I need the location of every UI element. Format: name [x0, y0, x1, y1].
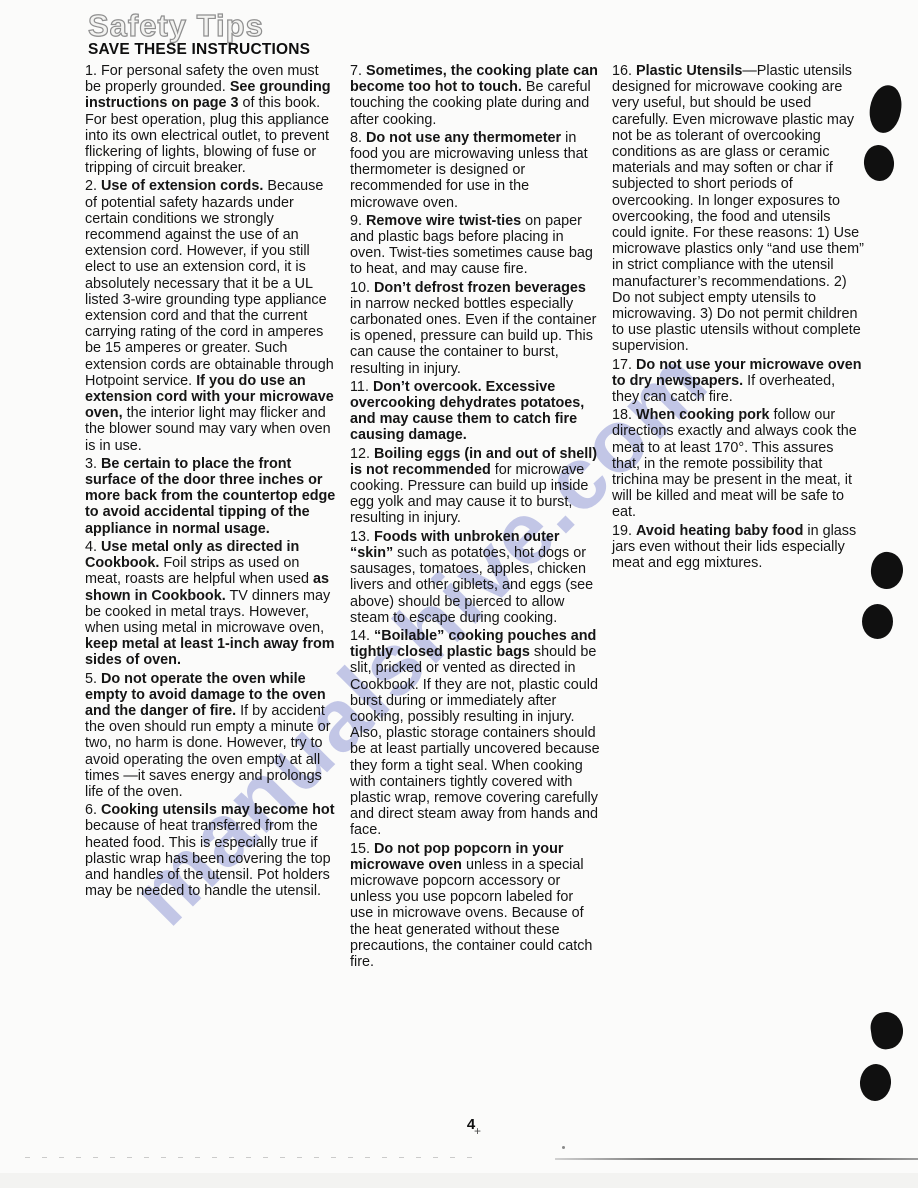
safety-item-11: 11. Don’t overcook. Excessive overcookin… [350, 379, 600, 444]
safety-item-10: 10. Don’t defrost frozen beverages in na… [350, 280, 600, 377]
ink-blot-mark [869, 550, 905, 591]
text-column-3: 16. Plastic Utensils—Plastic utensils de… [612, 63, 864, 573]
ink-blot-mark [862, 144, 896, 183]
scanned-manual-page: manualshive.com Safety Tips SAVE THESE I… [0, 0, 918, 1188]
safety-item-5: 5. Do not operate the oven while empty t… [85, 671, 337, 801]
safety-item-19: 19. Avoid heating baby food in glass jar… [612, 523, 864, 572]
safety-item-17: 17. Do not use your microwave oven to dr… [612, 357, 864, 406]
safety-item-18: 18. When cooking pork follow our directi… [612, 407, 864, 520]
safety-item-16: 16. Plastic Utensils—Plastic utensils de… [612, 63, 864, 355]
scan-line-artifact [25, 1157, 473, 1158]
ink-blot-mark [869, 1010, 906, 1051]
safety-item-9: 9. Remove wire twist-ties on paper and p… [350, 213, 600, 278]
safety-item-12: 12. Boiling eggs (in and out of shell) i… [350, 446, 600, 527]
page-title: Safety Tips [88, 8, 264, 44]
registration-plus-mark: + [474, 1124, 481, 1138]
page-number: 4 [446, 1116, 496, 1133]
safety-item-13: 13. Foods with unbroken outer “skin” suc… [350, 529, 600, 626]
text-column-1: 1. For personal safety the oven must be … [85, 63, 337, 901]
text-column-2: 7. Sometimes, the cooking plate can beco… [350, 63, 600, 972]
safety-item-6: 6. Cooking utensils may become hot becau… [85, 802, 337, 899]
safety-item-3: 3. Be certain to place the front surface… [85, 456, 337, 537]
safety-item-15: 15. Do not pop popcorn in your microwave… [350, 841, 600, 971]
safety-item-2: 2. Use of extension cords. Because of po… [85, 178, 337, 453]
ink-blot-mark [858, 1063, 892, 1103]
ink-blot-mark [866, 83, 904, 135]
ink-blot-mark [862, 604, 893, 639]
save-instructions-heading: SAVE THESE INSTRUCTIONS [88, 41, 310, 59]
scan-speck [562, 1146, 565, 1149]
safety-item-14: 14. “Boilable” cooking pouches and tight… [350, 628, 600, 839]
scan-line-artifact [555, 1158, 918, 1160]
safety-item-7: 7. Sometimes, the cooking plate can beco… [350, 63, 600, 128]
safety-item-1: 1. For personal safety the oven must be … [85, 63, 337, 176]
safety-item-8: 8. Do not use any thermometer in food yo… [350, 130, 600, 211]
scan-band-artifact [0, 1173, 918, 1188]
safety-item-4: 4. Use metal only as directed in Cookboo… [85, 539, 337, 669]
